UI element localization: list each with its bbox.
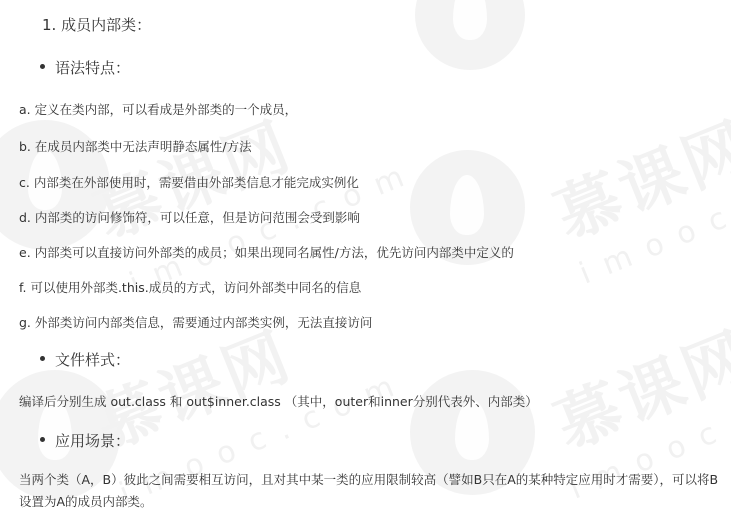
subsection-title-syntax: 语法特点： [40,57,130,78]
subsection-title-file-style: 文件样式： [40,349,130,370]
list-item: c. 内部类在外部使用时，需要借由外部类信息才能完成实例化 [19,173,359,191]
list-item: d. 内部类的访问修饰符，可以任意，但是访问范围会受到影响 [19,208,360,226]
watermark-brand: 慕课网 [540,305,731,467]
watermark-domain: imooc.com [575,144,731,292]
list-item: a. 定义在类内部，可以看成是外部类的一个成员， [19,100,297,118]
subsection-title-use-case: 应用场景： [40,430,130,451]
watermark-brand: 慕课网 [540,95,731,257]
paragraph: 当两个类（A，B）彼此之间需要相互访问，且对其中某一类的应用限制较高（譬如B只在… [19,469,719,513]
section-heading: 1. 成员内部类： [42,14,151,35]
list-item: e. 内部类可以直接访问外部类的成员；如果出现同名属性/方法，优先访问内部类中定… [19,243,514,261]
list-item: g. 外部类访问内部类信息，需要通过内部类实例，无法直接访问 [19,313,372,331]
imooc-logo-icon [415,0,525,70]
paragraph: 编译后分别生成 out.class 和 out$inner.class （其中，… [19,392,538,410]
list-item: b. 在成员内部类中无法声明静态属性/方法 [19,137,252,155]
list-item: f. 可以使用外部类.this.成员的方式，访问外部类中同名的信息 [19,278,361,296]
